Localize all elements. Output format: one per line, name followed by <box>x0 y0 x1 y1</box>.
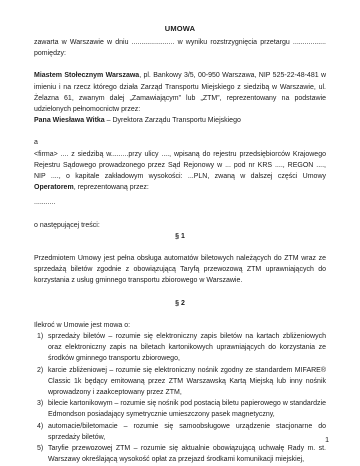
conjunction-line: a <box>34 137 326 148</box>
spacer <box>34 209 326 220</box>
party-city-paragraph: Miastem Stołecznym Warszawa, pl. Bankowy… <box>34 70 326 115</box>
spacer <box>34 242 326 253</box>
definition-item-number: 1) <box>34 331 48 365</box>
definition-item-number: 4) <box>34 421 48 443</box>
definition-item-text: automacie/biletomacie – rozumie się samo… <box>48 421 326 443</box>
representative-line: Pana Wiesława Witka – Dyrektora Zarządu … <box>34 115 326 126</box>
operator-details-pre: <firma> .... z siedzibą w.........przy u… <box>34 151 326 180</box>
definition-item: 1) sprzedaży biletów – rozumie się elekt… <box>34 331 326 365</box>
definition-item-text: Taryfie przewozowej ZTM – rozumie się ak… <box>48 443 326 465</box>
section-1-heading: § 1 <box>34 231 326 242</box>
definition-item: 3) bilecie kartonikowym – rozumie się no… <box>34 398 326 420</box>
page-number: 1 <box>325 435 329 446</box>
definition-item-text: sprzedaży biletów – rozumie się elektron… <box>48 331 326 365</box>
definition-item-text: bilecie kartonikowym – rozumie się nośni… <box>48 398 326 420</box>
section-1-body: Przedmiotem Umowy jest pełna obsługa aut… <box>34 253 326 287</box>
intro-paragraph: zawarta w Warszawie w dniu .............… <box>34 37 326 59</box>
section-2-heading: § 2 <box>34 298 326 309</box>
spacer <box>34 126 326 137</box>
spacer <box>34 309 326 320</box>
definition-item-number: 3) <box>34 398 48 420</box>
definition-item: 2) karcie zbliżeniowej – rozumie się ele… <box>34 365 326 399</box>
definition-item-number: 5) <box>34 443 48 465</box>
document-page: UMOWA zawarta w Warszawie w dniu .......… <box>0 0 360 466</box>
definition-item-number: 2) <box>34 365 48 399</box>
representative-name: Pana Wiesława Witka <box>34 117 105 124</box>
representative-role: – Dyrektora Zarządu Transportu Miejskieg… <box>105 117 241 124</box>
spacer <box>34 59 326 70</box>
party-city-name: Miastem Stołecznym Warszawa <box>34 72 139 79</box>
party-operator-paragraph: <firma> .... z siedzibą w.........przy u… <box>34 149 326 194</box>
definition-item: 5) Taryfie przewozowej ZTM – rozumie się… <box>34 443 326 465</box>
document-title: UMOWA <box>34 24 326 33</box>
definition-item: 4) automacie/biletomacie – rozumie się s… <box>34 421 326 443</box>
section-2-intro: Ilekroć w Umowie jest mowa o: <box>34 320 326 331</box>
signature-dots-line: ........... <box>34 197 326 208</box>
operator-name: Operatorem <box>34 184 74 191</box>
definition-item-text: karcie zbliżeniowej – rozumie się elektr… <box>48 365 326 399</box>
preamble-line: o następującej treści: <box>34 220 326 231</box>
operator-details-post: , reprezentowaną przez: <box>74 184 149 191</box>
spacer <box>34 287 326 298</box>
